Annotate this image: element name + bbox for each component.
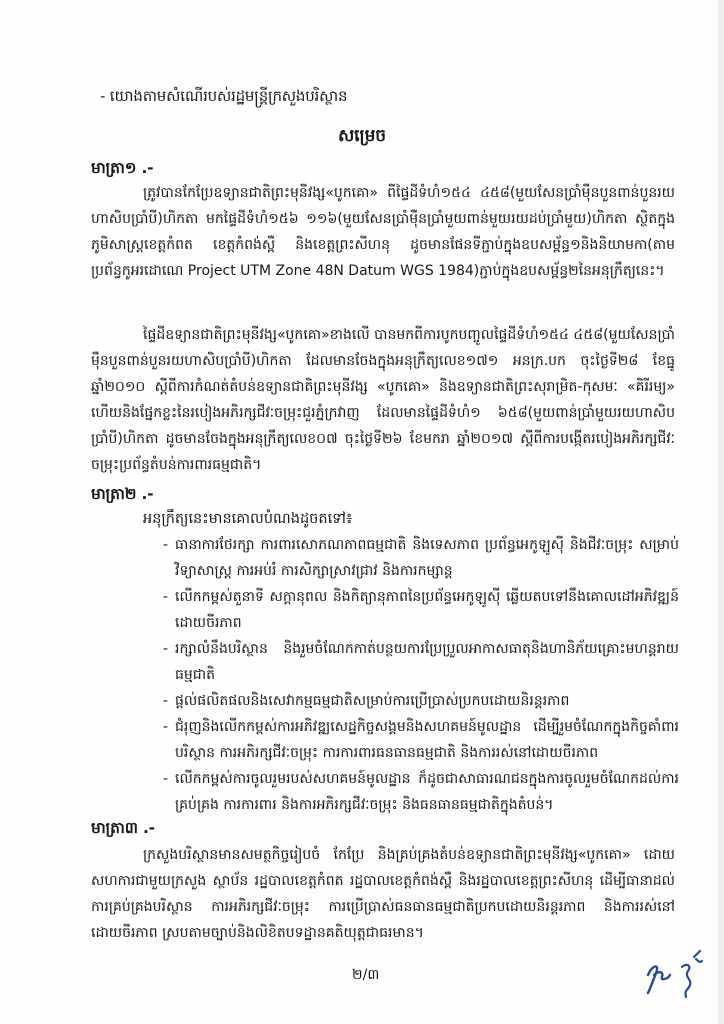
dash-bullet: - <box>163 584 168 610</box>
dash-bullet: - <box>163 532 168 558</box>
article-3-paragraph-text: ក្រសួងបរិស្ថានមានសមត្ថកិច្ចរៀបចំ កែប្រែ … <box>91 847 675 941</box>
objective-text: លើកកម្ពស់ការចូលរួមរបស់សហគមន៍មូលដ្ឋាន ក៏ដ… <box>175 771 679 813</box>
reference-line: - យោងតាមសំណើរបស់រដ្ឋមន្ត្រីក្រសួងបរិស្ថា… <box>100 86 347 106</box>
dash-bullet: - <box>163 636 168 662</box>
article-3-heading: មាត្រា៣ .- <box>91 818 155 838</box>
decision-heading: សម្រេច <box>0 126 724 146</box>
article-1-paragraph-2-text: ផ្ទៃដីឧទ្យានជាតិព្រះមុនីវង្ស«បូកគោ»ខាងលើ… <box>91 327 675 473</box>
objective-item: -លើកកម្ពស់ការចូលរួមរបស់សហគមន៍មូលដ្ឋាន ក៏… <box>163 766 679 818</box>
objective-text: លើកកម្ពស់តួនាទី សក្តានុពល និងកិត្យានុភាព… <box>175 589 679 631</box>
article-1-paragraph-1: ត្រូវបានកែប្រែឧទ្យានជាតិព្រះមុនីវង្ស«បូក… <box>91 180 675 284</box>
article-3-paragraph: ក្រសួងបរិស្ថានមានសមត្ថកិច្ចរៀបចំ កែប្រែ … <box>91 842 675 946</box>
article-1-paragraph-2: ផ្ទៃដីឧទ្យានជាតិព្រះមុនីវង្ស«បូកគោ»ខាងលើ… <box>91 322 675 478</box>
objective-item: -លើកកម្ពស់តួនាទី សក្តានុពល និងកិត្យានុភា… <box>163 584 679 636</box>
article-1-paragraph-1-text: ត្រូវបានកែប្រែឧទ្យានជាតិព្រះមុនីវង្ស«បូក… <box>91 185 675 279</box>
initials-signature-icon <box>640 945 710 1005</box>
objective-text: រក្សាលំនឹងបរិស្ថាន និងរួមចំណែកកាត់បន្ថយក… <box>175 641 679 683</box>
dash-bullet: - <box>163 766 168 792</box>
article-1-heading: មាត្រា១ .- <box>91 158 153 178</box>
objective-text: ជំរុញនិងលើកកម្ពស់ការអភិវឌ្ឍសេដ្ឋកិច្ចសង្… <box>175 719 679 761</box>
objective-text: ធានាការថែរក្សា ការពារសោភណភាពធម្មជាតិ និង… <box>175 537 679 579</box>
document-page: - យោងតាមសំណើរបស់រដ្ឋមន្ត្រីក្រសួងបរិស្ថា… <box>0 0 724 1024</box>
dash-bullet: - <box>163 688 168 714</box>
objective-item: -ធានាការថែរក្សា ការពារសោភណភាពធម្មជាតិ និ… <box>163 532 679 584</box>
objective-item: -រក្សាលំនឹងបរិស្ថាន និងរួមចំណែកកាត់បន្ថយ… <box>163 636 679 688</box>
objective-item: -ជំរុញនិងលើកកម្ពស់ការអភិវឌ្ឍសេដ្ឋកិច្ចសង… <box>163 714 679 766</box>
objective-text: ផ្តល់ផលិតផលនិងសេវាកម្មធម្មជាតិសម្រាប់ការ… <box>175 693 569 709</box>
page-edge <box>718 0 724 1024</box>
article-2-intro: អនុក្រឹត្យនេះមានគោលបំណងដូចតទៅ៖ <box>143 506 352 532</box>
objective-item: -ផ្តល់ផលិតផលនិងសេវាកម្មធម្មជាតិសម្រាប់កា… <box>163 688 679 714</box>
page-number: ២/៣ <box>352 965 379 986</box>
dash-bullet: - <box>163 714 168 740</box>
article-2-objectives-list: -ធានាការថែរក្សា ការពារសោភណភាពធម្មជាតិ និ… <box>163 532 679 818</box>
article-2-heading: មាត្រា២ .- <box>91 484 153 504</box>
